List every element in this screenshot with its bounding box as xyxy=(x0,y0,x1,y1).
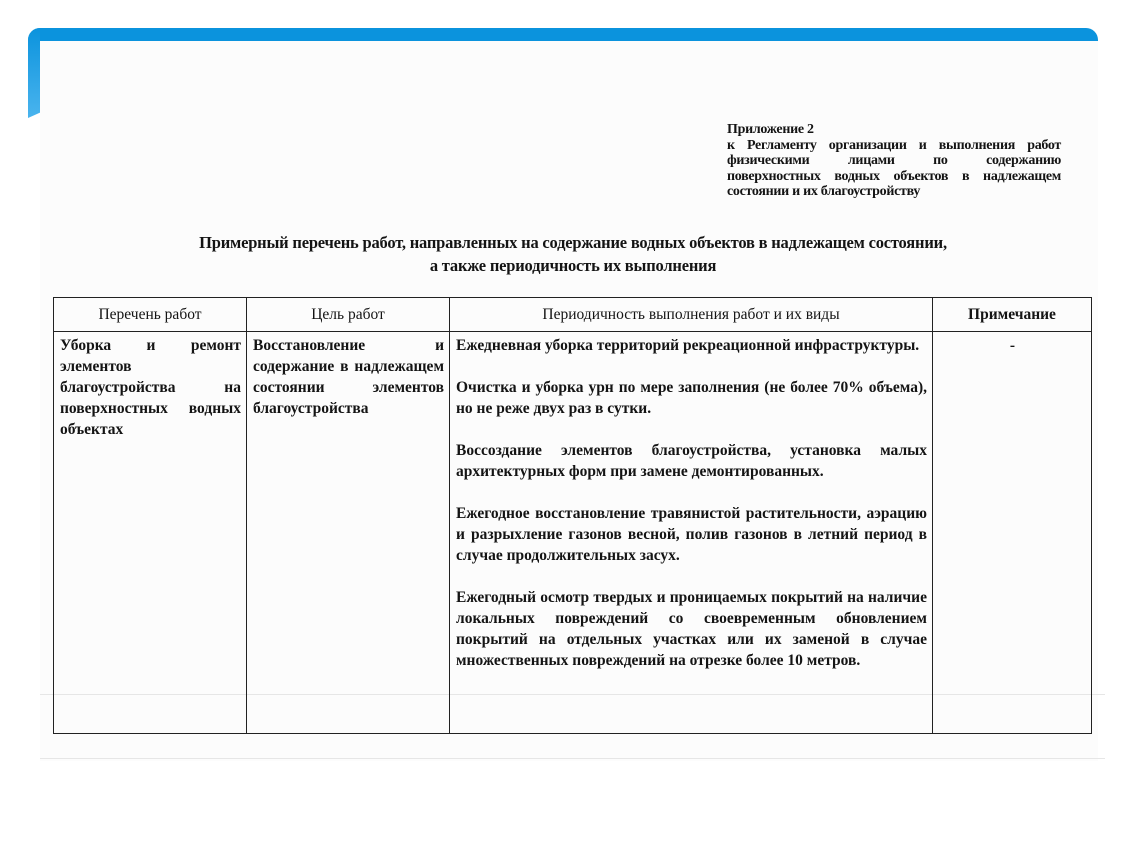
cell-work-list: Уборка и ремонт элементов благоустройств… xyxy=(54,332,247,734)
appendix-line: состоянии и их благоустройству xyxy=(727,184,1061,200)
cell-note: - xyxy=(933,332,1092,734)
slide-frame-top-bar xyxy=(28,28,1098,41)
table-header-row: Перечень работ Цель работ Периодичность … xyxy=(54,298,1092,332)
column-header-work-list: Перечень работ xyxy=(54,298,247,332)
column-header-note: Примечание xyxy=(933,298,1092,332)
document-title: Примерный перечень работ, направленных н… xyxy=(100,231,1046,277)
periodicity-item: Ежегодное восстановление травянистой рас… xyxy=(456,503,927,566)
periodicity-item: Воссоздание элементов благоустройства, у… xyxy=(456,440,927,482)
column-header-goal: Цель работ xyxy=(247,298,450,332)
slide-frame-left-bar xyxy=(28,28,40,118)
periodicity-item: Ежедневная уборка территорий рекреационн… xyxy=(456,335,927,356)
document-title-line: а также периодичность их выполнения xyxy=(100,254,1046,277)
periodicity-item: Ежегодный осмотр твердых и проницаемых п… xyxy=(456,587,927,671)
table-row: Уборка и ремонт элементов благоустройств… xyxy=(54,332,1092,734)
appendix-line: к Регламенту организации и выполнения ра… xyxy=(727,138,1061,154)
appendix-line: Приложение 2 xyxy=(727,122,1061,138)
cell-periodicity: Ежедневная уборка территорий рекреационн… xyxy=(450,332,933,734)
appendix-line: физическими лицами по содержанию xyxy=(727,153,1061,169)
cell-goal: Восстановление и содержание в надлежащем… xyxy=(247,332,450,734)
appendix-reference: Приложение 2 к Регламенту организации и … xyxy=(727,122,1061,200)
document-title-line: Примерный перечень работ, направленных н… xyxy=(100,231,1046,254)
periodicity-item: Очистка и уборка урн по мере заполнения … xyxy=(456,377,927,419)
works-table: Перечень работ Цель работ Периодичность … xyxy=(53,297,1092,734)
scan-artifact-line xyxy=(40,758,1105,759)
appendix-line: поверхностных водных объектов в надлежащ… xyxy=(727,169,1061,185)
column-header-periodicity: Периодичность выполнения работ и их виды xyxy=(450,298,933,332)
